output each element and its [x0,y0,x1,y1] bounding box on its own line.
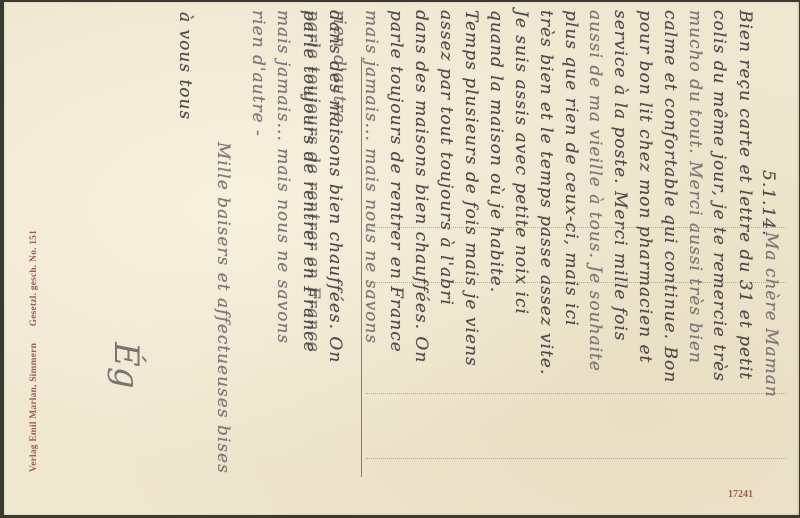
closing-line: Mille baisers et affectueuses bises [214,142,231,474]
message-line: quand la maison où je habite. [487,10,504,293]
address-line-3 [366,393,786,394]
message-line: dans des maisons bien chauffées. On [326,10,343,363]
registration-number: Gesetzl. gesch. No. 151 [29,230,39,326]
postcard-back: Verlag Emil Marlan, Simmern Gesetzl. ges… [4,2,799,515]
message-line: mucho du tout. Merci aussi très bien [686,10,703,364]
message-line: mais jamais... mais nous ne savons [362,10,379,344]
message-line: Temps plusieurs de fois mais je viens [462,10,479,367]
message-line: parle toujours de rentrer en France [300,10,317,353]
message-line: service à la poste. Merci mille fois [611,10,628,342]
publisher-name: Verlag Emil Marlan, Simmern [29,343,39,472]
message-line: mais jamais... mais nous ne savons [274,10,291,344]
message-line: parle toujours de rentrer en France [387,10,404,353]
message-line: pour bon lit chez mon pharmacien et [636,10,653,363]
message-date: 5.1.14. [759,170,776,236]
signature: Ég [106,342,146,389]
message-line: calme et confortable qui continue. Bon [661,10,678,383]
message-line: rien d'autre - [249,10,266,137]
publisher-imprint: Verlag Emil Marlan, Simmern Gesetzl. ges… [29,230,39,472]
message-line: assez par tout toujours à l'abri [437,10,454,306]
message-line: Bien reçu carte et lettre du 31 et petit [736,10,753,380]
address-line-4 [366,458,786,459]
message-line: plus que rien de ceux-ci, mais ici [562,10,579,327]
message-line: très bien et le temps passe assez vite. [537,10,554,375]
message-line: dans des maisons bien chauffées. On [412,10,429,363]
message-line: aussi de ma vieille à tous. Je souhaite [586,10,603,372]
closing-line: à vous tous [176,12,193,120]
serial-number: 17241 [728,489,753,500]
message-line: Je suis assis avec petite noix ici [512,10,529,315]
message-line: colis du même jour, je te remercie très [710,10,727,382]
address-salutation: Ma chère Maman [762,232,779,398]
